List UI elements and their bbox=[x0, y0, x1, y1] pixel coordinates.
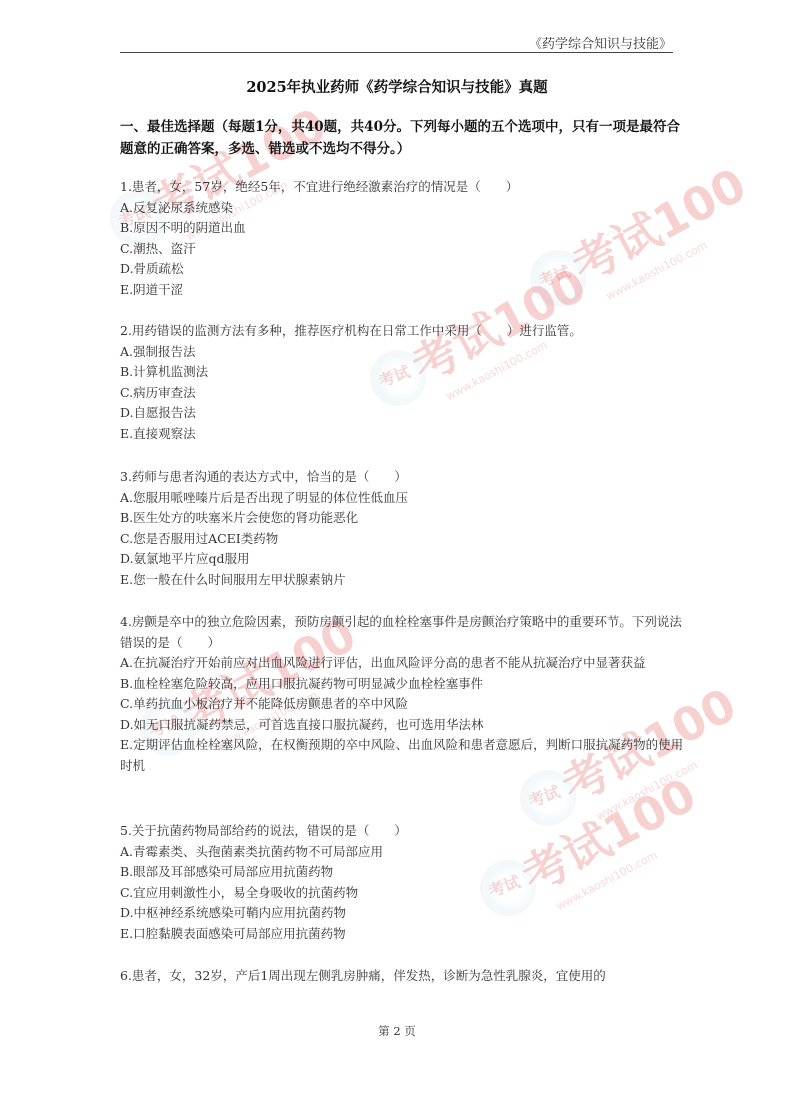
question-6: 6.患者，女，32岁，产后1周出现左侧乳房肿痛，伴发热，诊断为急性乳腺炎，宜使用… bbox=[120, 966, 685, 987]
option-d: D.氨氯地平片应qd服用 bbox=[120, 549, 685, 570]
question-5: 5.关于抗菌药物局部给药的说法，错误的是（ ） A.青霉素类、头孢菌素类抗菌药物… bbox=[120, 821, 685, 944]
option-d: D.如无口服抗凝药禁忌，可首选直接口服抗凝药，也可选用华法林 bbox=[120, 715, 685, 736]
question-1: 1.患者，女，57岁，绝经5年，不宜进行绝经激素治疗的情况是（ ） A.反复泌尿… bbox=[120, 177, 685, 300]
option-c: C.您是否服用过ACEI类药物 bbox=[120, 529, 685, 550]
option-a: A.您服用哌唑嗪片后是否出现了明显的体位性低血压 bbox=[120, 488, 685, 509]
option-c: C.单药抗血小板治疗并不能降低房颤患者的卒中风险 bbox=[120, 694, 685, 715]
question-stem: 4.房颤是卒中的独立危险因素，预防房颤引起的血栓栓塞事件是房颤治疗策略中的重要环… bbox=[120, 612, 685, 653]
option-e: E.口腔黏膜表面感染可局部应用抗菌药物 bbox=[120, 924, 685, 945]
question-3: 3.药师与患者沟通的表达方式中，恰当的是（ ） A.您服用哌唑嗪片后是否出现了明… bbox=[120, 467, 685, 590]
question-stem: 3.药师与患者沟通的表达方式中，恰当的是（ ） bbox=[120, 467, 685, 488]
option-e: E.您一般在什么时间服用左甲状腺素钠片 bbox=[120, 570, 685, 591]
option-e: E.定期评估血栓栓塞风险，在权衡预期的卒中风险、出血风险和患者意愿后，判断口服抗… bbox=[120, 735, 685, 776]
option-d: D.骨质疏松 bbox=[120, 259, 685, 280]
option-c: C.潮热、盗汗 bbox=[120, 239, 685, 260]
page-number: 第 2 页 bbox=[0, 1023, 794, 1039]
header-divider bbox=[120, 52, 673, 53]
option-e: E.直接观察法 bbox=[120, 424, 685, 445]
question-stem: 1.患者，女，57岁，绝经5年，不宜进行绝经激素治疗的情况是（ ） bbox=[120, 177, 685, 198]
option-b: B.计算机监测法 bbox=[120, 362, 685, 383]
question-stem: 2.用药错误的监测方法有多种，推荐医疗机构在日常工作中采用（ ）进行监管。 bbox=[120, 321, 685, 342]
option-a: A.青霉素类、头孢菌素类抗菌药物不可局部应用 bbox=[120, 842, 685, 863]
option-a: A.反复泌尿系统感染 bbox=[120, 198, 685, 219]
running-header: 《药学综合知识与技能》 bbox=[529, 33, 672, 52]
page-title: 2025年执业药师《药学综合知识与技能》真题 bbox=[0, 76, 794, 97]
option-b: B.血栓栓塞危险较高，应用口服抗凝药物可明显减少血栓栓塞事件 bbox=[120, 674, 685, 695]
question-stem: 6.患者，女，32岁，产后1周出现左侧乳房肿痛，伴发热，诊断为急性乳腺炎，宜使用… bbox=[120, 966, 685, 987]
watermark-logo-icon: 考试 bbox=[520, 770, 576, 826]
document-page: 考试 考试100 www.kaoshi100.com 考试 考试100 www.… bbox=[0, 0, 794, 1098]
option-e: E.阴道干涩 bbox=[120, 280, 685, 301]
option-c: C.宜应用刺激性小，易全身吸收的抗菌药物 bbox=[120, 883, 685, 904]
question-2: 2.用药错误的监测方法有多种，推荐医疗机构在日常工作中采用（ ）进行监管。 A.… bbox=[120, 321, 685, 444]
option-b: B.原因不明的阴道出血 bbox=[120, 218, 685, 239]
section-heading: 一、最佳选择题（每题1分，共40题，共40分。下列每小题的五个选项中，只有一项是… bbox=[120, 116, 680, 160]
option-a: A.在抗凝治疗开始前应对出血风险进行评估，出血风险评分高的患者不能从抗凝治疗中显… bbox=[120, 653, 685, 674]
option-b: B.医生处方的呋塞米片会使您的肾功能恶化 bbox=[120, 508, 685, 529]
question-4: 4.房颤是卒中的独立危险因素，预防房颤引起的血栓栓塞事件是房颤治疗策略中的重要环… bbox=[120, 612, 685, 776]
option-b: B.眼部及耳部感染可局部应用抗菌药物 bbox=[120, 862, 685, 883]
option-d: D.中枢神经系统感染可鞘内应用抗菌药物 bbox=[120, 903, 685, 924]
option-d: D.自愿报告法 bbox=[120, 403, 685, 424]
option-a: A.强制报告法 bbox=[120, 342, 685, 363]
option-c: C.病历审查法 bbox=[120, 383, 685, 404]
question-stem: 5.关于抗菌药物局部给药的说法，错误的是（ ） bbox=[120, 821, 685, 842]
